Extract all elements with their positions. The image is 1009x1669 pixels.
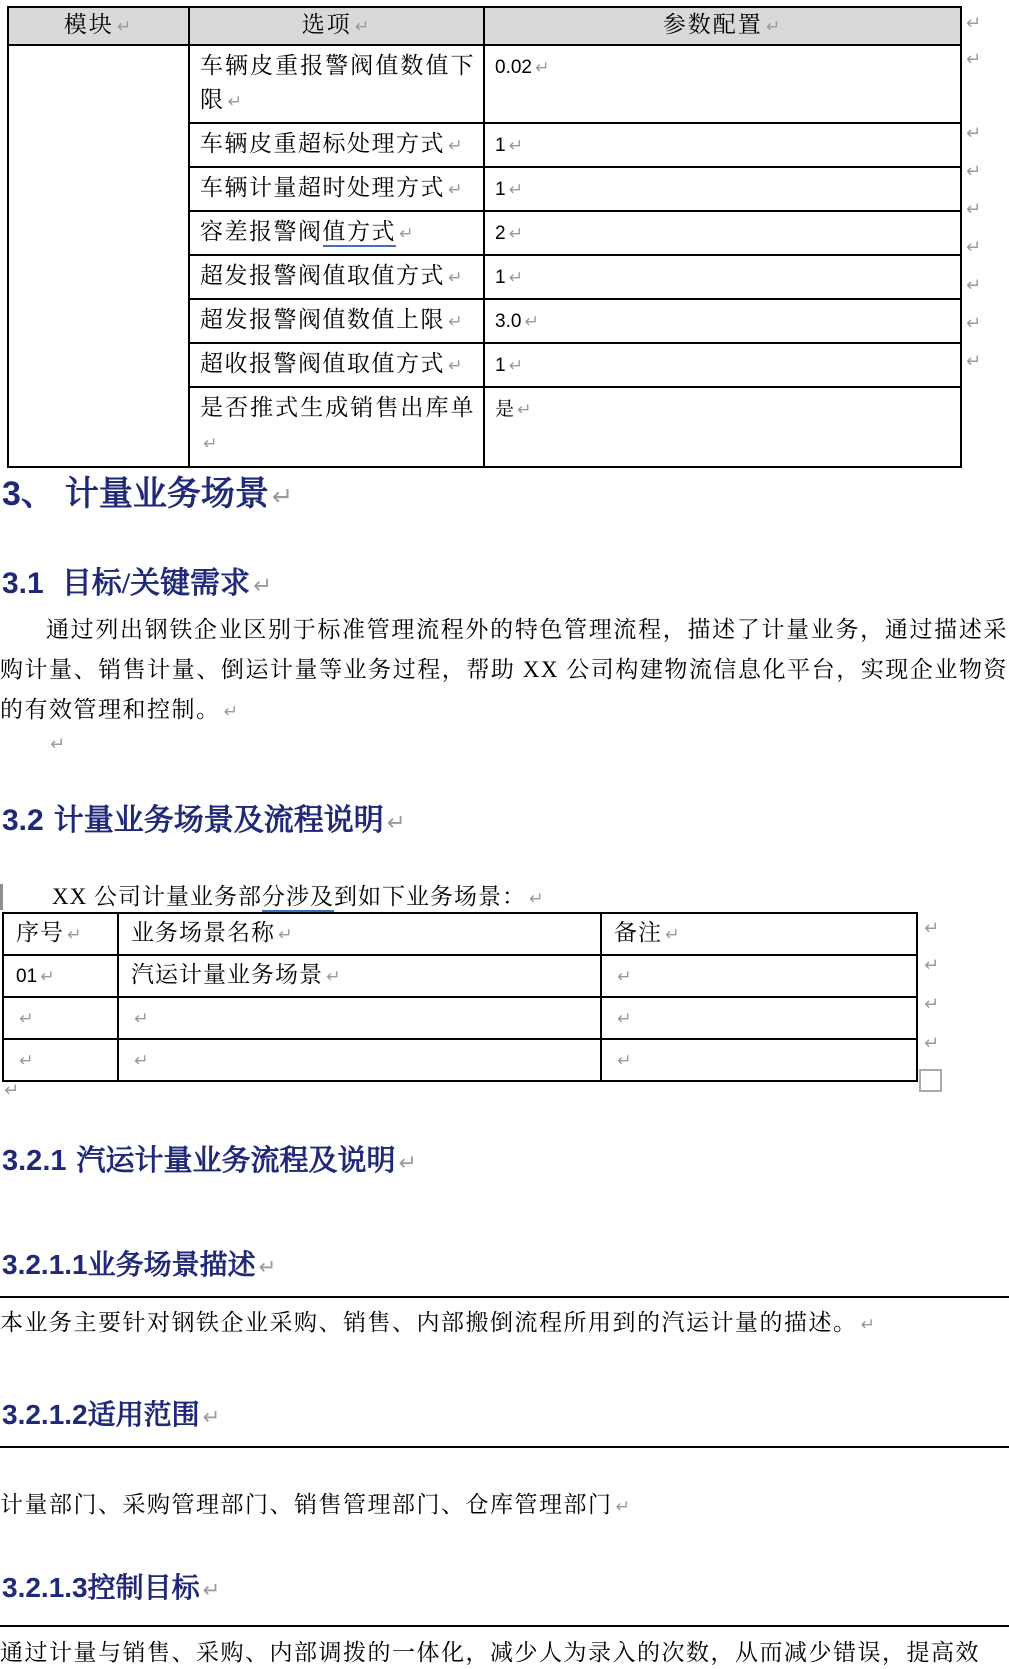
pilcrow-mark: ↵ [529,889,544,909]
row-end-pilcrow: ↵ [966,275,981,296]
table1-module-cell [8,45,189,467]
note-cell: ↵ [601,997,917,1039]
pilcrow-mark: ↵ [228,92,244,112]
pilcrow-mark: ↵ [326,967,341,987]
scene-intro-line: XX 公司计量业务部分涉及到如下业务场景：↵ [0,878,544,911]
paragraph-text: 通过列出钢铁企业区别于标准管理流程外的特色管理流程，描述了计量业务，通过描述采购… [0,617,1008,722]
table-row: 序号↵ 业务场景名称↵ 备注↵ [3,913,917,955]
pilcrow-mark: ↵ [19,1009,34,1029]
heading-number: 3.2.1.2 [2,1399,88,1430]
header-label: 模块 [64,12,114,37]
cell-text: 超发报警阀值取值方式 [200,263,445,288]
cell-text: 是否推式生成销售出库单 [200,395,475,420]
pilcrow-mark: ↵ [399,224,415,244]
pilcrow-mark: ↵ [509,180,523,200]
header-label: 业务场景名称 [131,920,275,945]
pilcrow-mark: ↵ [203,1578,221,1602]
row-end-pilcrow: ↵ [924,918,939,939]
value-cell: 1↵ [484,167,961,211]
cell-text: 车辆皮重超标处理方式 [200,131,445,156]
value-cell: 1↵ [484,123,961,167]
header-label: 备注 [614,920,662,945]
pilcrow-mark: ↵ [224,702,240,722]
pilcrow-mark: ↵ [535,58,549,78]
heading-3-2-1-1: 3.2.1.1业务场景描述↵ [2,1243,276,1283]
intro-text: XX 公司计量业务部 [52,884,262,909]
pilcrow-mark: ↵ [617,1051,632,1071]
table-row: 01↵ 汽运计量业务场景↵ ↵ [3,955,917,997]
pilcrow-mark: ↵ [448,356,464,376]
scene-cell: 汽运计量业务场景↵ [118,955,601,997]
row-end-pilcrow: ↵ [966,161,981,182]
heading-text: 计量业务场景及流程说明 [54,804,384,837]
row-end-pilcrow: ↵ [966,351,981,372]
horizontal-rule [0,1296,1009,1298]
table-resize-handle[interactable] [919,1069,942,1092]
heading-number: 3.1 [2,567,44,600]
pilcrow-mark: ↵ [117,17,133,37]
pilcrow-mark: ↵ [272,482,293,512]
row-end-pilcrow: ↵ [924,1033,939,1054]
cell-value: 是 [495,399,514,420]
pilcrow-mark: ↵ [861,1315,877,1335]
paragraph-text: 通过计量与销售、采购、内部调拨的一体化，减少人为录入的次数，从而减少错误，提高效 [0,1640,980,1665]
heading-3: 3、计量业务场景↵ [2,466,293,515]
pilcrow-mark: ↵ [399,1151,417,1176]
pilcrow-mark: ↵ [355,17,371,37]
table2-header-note: 备注↵ [601,913,917,955]
header-label: 选项 [302,12,352,37]
paragraph-goal: 通过列出钢铁企业区别于标准管理流程外的特色管理流程，描述了计量业务，通过描述采购… [0,610,1008,732]
seq-cell: ↵ [3,997,118,1039]
pilcrow-mark: ↵ [665,925,680,945]
note-cell: ↵ [601,955,917,997]
paragraph-scene-description: 本业务主要针对钢铁企业采购、销售、内部搬倒流程所用到的汽运计量的描述。↵ [0,1306,1008,1342]
pilcrow-mark: ↵ [253,573,272,599]
pilcrow-mark: ↵ [259,1255,277,1279]
option-cell: 超发报警阀值取值方式↵ [189,255,484,299]
heading-number: 3、 [2,475,55,513]
value-cell: 2↵ [484,211,961,255]
heading-text: 业务场景描述 [88,1250,256,1281]
heading-number: 3.2.1.1 [2,1249,88,1280]
value-cell: 是↵ [484,387,961,467]
heading-text: 计量业务场景 [65,476,269,513]
heading-3-2-1-2: 3.2.1.2适用范围↵ [2,1393,220,1433]
cell-value: 01 [16,966,37,987]
table2-header-seq: 序号↵ [3,913,118,955]
option-cell: 车辆皮重超标处理方式↵ [189,123,484,167]
row-end-pilcrow: ↵ [966,313,981,334]
grammar-underlined-text: 值方式 [323,219,397,247]
cell-value: 3.0 [495,311,521,332]
scene-cell: ↵ [118,1039,601,1081]
table-row: ↵ ↵ ↵ [3,997,917,1039]
cell-text: 超发报警阀值数值上限 [200,307,445,332]
row-end-pilcrow: ↵ [966,13,981,34]
pilcrow-mark: ↵ [134,1009,149,1029]
heading-text: 控制目标 [88,1573,200,1604]
horizontal-rule [0,1446,1009,1448]
row-end-pilcrow: ↵ [966,123,981,144]
after-table-pilcrow: ↵ [4,1080,19,1101]
cell-value: 1 [495,179,506,200]
paragraph-control-goal: 通过计量与销售、采购、内部调拨的一体化，减少人为录入的次数，从而减少错误，提高效 [0,1636,1008,1669]
cell-text: 汽运计量业务场景 [131,962,323,987]
row-end-pilcrow: ↵ [924,994,939,1015]
table-row: 模块↵ 选项↵ 参数配置↵ [8,7,961,45]
seq-cell: 01↵ [3,955,118,997]
intro-text: 到如下业务场景： [334,884,526,909]
heading-text: 适用范围 [88,1400,200,1431]
pilcrow-mark: ↵ [509,356,523,376]
pilcrow-mark: ↵ [766,17,782,37]
heading-3-2-1-3: 3.2.1.3控制目标↵ [2,1566,220,1606]
cell-value: 0.02 [495,57,532,78]
paragraph-text: 本业务主要针对钢铁企业采购、销售、内部搬倒流程所用到的汽运计量的描述。 [0,1310,858,1335]
table2-header-scene: 业务场景名称↵ [118,913,601,955]
document-page: 模块↵ 选项↵ 参数配置↵ 车辆皮重报警阀值数值下限↵ 0.02↵ 车辆皮重超标… [0,0,1009,1669]
pilcrow-mark: ↵ [448,312,464,332]
pilcrow-mark: ↵ [524,312,538,332]
business-scene-table: 序号↵ 业务场景名称↵ 备注↵ 01↵ 汽运计量业务场景↵ ↵ ↵ ↵ ↵ ↵ … [2,912,918,1082]
value-cell: 1↵ [484,255,961,299]
row-end-pilcrow: ↵ [966,199,981,220]
pilcrow-mark: ↵ [448,268,464,288]
pilcrow-mark: ↵ [67,925,82,945]
pilcrow-mark: ↵ [509,224,523,244]
pilcrow-mark: ↵ [387,810,406,836]
empty-paragraph-pilcrow: ↵ [50,734,65,755]
option-cell: 超发报警阀值数值上限↵ [189,299,484,343]
cell-text: 车辆计量超时处理方式 [200,175,445,200]
option-cell: 车辆计量超时处理方式↵ [189,167,484,211]
pilcrow-mark: ↵ [278,925,293,945]
row-end-pilcrow: ↵ [966,237,981,258]
pilcrow-mark: ↵ [134,1051,149,1071]
seq-cell: ↵ [3,1039,118,1081]
value-cell: 3.0↵ [484,299,961,343]
pilcrow-mark: ↵ [617,967,632,987]
row-end-pilcrow: ↵ [966,49,981,70]
header-label: 参数配置 [663,12,763,37]
heading-number: 3.2.1.3 [2,1572,88,1603]
pilcrow-mark: ↵ [448,180,464,200]
cell-value: 2 [495,223,506,244]
table-row: 车辆皮重报警阀值数值下限↵ 0.02↵ [8,45,961,123]
cell-value: 1 [495,267,506,288]
pilcrow-mark: ↵ [203,434,219,454]
heading-text: 目标/关键需求 [62,567,250,600]
horizontal-rule [0,1625,1009,1627]
heading-3-2: 3.2计量业务场景及流程说明↵ [2,795,406,839]
table-row: ↵ ↵ ↵ [3,1039,917,1081]
pilcrow-mark: ↵ [616,1497,632,1517]
value-cell: 0.02↵ [484,45,961,123]
pilcrow-mark: ↵ [509,136,523,156]
pilcrow-mark: ↵ [203,1405,221,1429]
pilcrow-mark: ↵ [509,268,523,288]
pilcrow-mark: ↵ [40,967,55,987]
heading-number: 3.2.1 [2,1145,67,1177]
table1-header-option: 选项↵ [189,7,484,45]
parameter-config-table: 模块↵ 选项↵ 参数配置↵ 车辆皮重报警阀值数值下限↵ 0.02↵ 车辆皮重超标… [7,6,962,468]
pilcrow-mark: ↵ [517,400,531,420]
pilcrow-mark: ↵ [617,1009,632,1029]
grammar-underlined-text: 分涉及 [262,884,334,912]
scene-cell: ↵ [118,997,601,1039]
pilcrow-mark: ↵ [19,1051,34,1071]
pilcrow-mark: ↵ [448,136,464,156]
option-cell: 车辆皮重报警阀值数值下限↵ [189,45,484,123]
table1-header-param: 参数配置↵ [484,7,961,45]
note-cell: ↵ [601,1039,917,1081]
heading-number: 3.2 [2,804,44,837]
header-label: 序号 [16,920,64,945]
row-end-pilcrow: ↵ [924,955,939,976]
cell-text: 超收报警阀值取值方式 [200,351,445,376]
option-cell: 超收报警阀值取值方式↵ [189,343,484,387]
value-cell: 1↵ [484,343,961,387]
table1-header-module: 模块↵ [8,7,189,45]
heading-text: 汽运计量业务流程及说明 [77,1145,396,1177]
cell-value: 1 [495,135,506,156]
option-cell: 是否推式生成销售出库单↵ [189,387,484,467]
heading-3-2-1: 3.2.1汽运计量业务流程及说明↵ [2,1138,417,1179]
cell-text: 容差报警阀 [200,219,323,244]
option-cell: 容差报警阀值方式↵ [189,211,484,255]
paragraph-scope: 计量部门、采购管理部门、销售管理部门、仓库管理部门↵ [0,1488,1008,1524]
cell-value: 1 [495,355,506,376]
paragraph-text: 计量部门、采购管理部门、销售管理部门、仓库管理部门 [0,1492,613,1517]
heading-3-1: 3.1目标/关键需求↵ [2,558,272,602]
